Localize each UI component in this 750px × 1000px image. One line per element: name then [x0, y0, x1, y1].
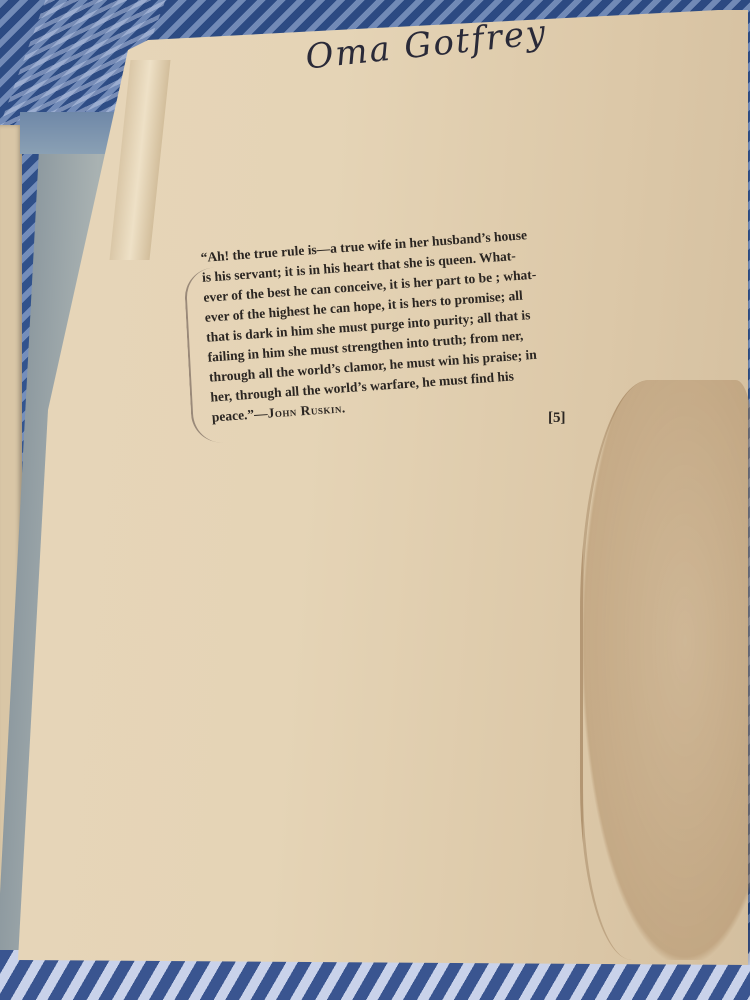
- page-number: [5]: [548, 410, 566, 427]
- water-stain: [580, 380, 750, 960]
- quote-author: John Ruskin.: [267, 400, 346, 420]
- ruskin-quote: “Ah! the true rule is—a true wife in her…: [200, 216, 666, 427]
- quote-end: peace.”—: [211, 406, 268, 425]
